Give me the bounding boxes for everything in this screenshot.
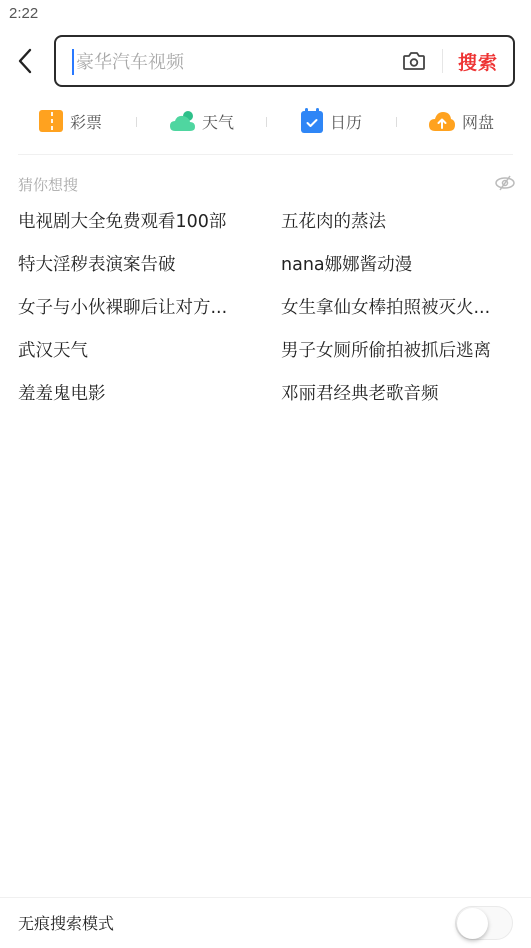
cloud-upload-icon — [428, 109, 456, 133]
eye-slash-icon — [494, 173, 516, 193]
quick-separator — [266, 117, 267, 127]
quick-link-label: 天气 — [202, 110, 234, 133]
quick-link-label: 日历 — [330, 110, 362, 133]
toggle-knob — [457, 908, 488, 939]
suggestion-item[interactable]: 电视剧大全免费观看100部 — [18, 208, 258, 236]
suggestion-item[interactable]: nana娜娜酱动漫 — [281, 251, 516, 279]
quick-link-lottery[interactable]: 彩票 — [38, 106, 102, 136]
status-time: 2:22 — [9, 5, 38, 22]
divider — [18, 154, 513, 155]
back-button[interactable] — [10, 45, 40, 77]
suggestion-item[interactable]: 五花肉的蒸法 — [281, 208, 516, 236]
suggestion-item[interactable]: 特大淫秽表演案告破 — [18, 251, 258, 279]
camera-icon — [402, 50, 426, 72]
suggestion-item[interactable]: 邓丽君经典老歌音频 — [281, 380, 516, 408]
quick-link-label: 网盘 — [462, 110, 494, 133]
status-bar: 2:22 — [0, 0, 531, 30]
suggestion-item[interactable]: 羞羞鬼电影 — [18, 380, 258, 408]
calendar-icon — [300, 108, 324, 134]
suggestion-item[interactable]: 女生拿仙女棒拍照被灭火... — [281, 294, 516, 322]
search-input[interactable] — [72, 49, 382, 75]
hide-suggestions-button[interactable] — [494, 173, 516, 193]
incognito-mode-label: 无痕搜索模式 — [18, 911, 114, 934]
weather-cloud-icon — [169, 109, 196, 133]
suggestions-title: 猜你想搜 — [18, 174, 78, 195]
suggestion-item[interactable]: 男子女厕所偷拍被抓后逃离 — [281, 337, 516, 365]
quick-link-calendar[interactable]: 日历 — [300, 106, 362, 136]
incognito-mode-toggle[interactable] — [455, 906, 513, 940]
quick-link-label: 彩票 — [70, 110, 102, 133]
quick-link-netdisk[interactable]: 网盘 — [428, 106, 494, 136]
search-submit-button[interactable]: 搜索 — [458, 48, 498, 75]
quick-separator — [396, 117, 397, 127]
lottery-ticket-icon — [38, 109, 64, 133]
chevron-left-icon — [17, 48, 33, 74]
search-divider — [442, 49, 443, 73]
quick-links-row: 彩票 天气 日历 网盘 — [0, 100, 531, 144]
quick-separator — [136, 117, 137, 127]
quick-link-weather[interactable]: 天气 — [169, 106, 234, 136]
suggestion-item[interactable]: 武汉天气 — [18, 337, 258, 365]
search-box: 搜索 — [54, 35, 515, 87]
camera-search-button[interactable] — [402, 50, 426, 72]
suggestion-item[interactable]: 女子与小伙裸聊后让对方... — [18, 294, 258, 322]
bottom-divider — [0, 897, 531, 898]
